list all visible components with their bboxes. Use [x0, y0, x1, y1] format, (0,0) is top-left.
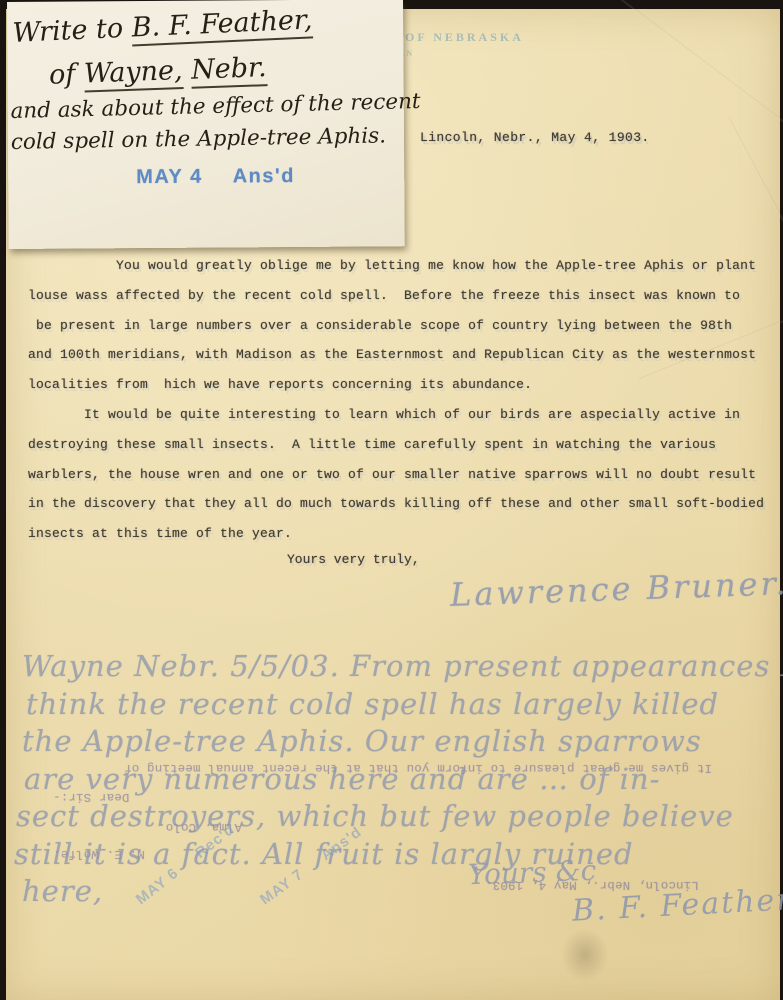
text-line: localities from hich we have reports con… [28, 370, 768, 400]
stamp-may4-status: Ans'd [233, 165, 295, 188]
text-segment: cold spell on the Apple-tree Aphis. [11, 123, 387, 155]
text-line: still it is a fact. All fruit is largly … [14, 836, 772, 874]
text-line: insects at this time of the year. [28, 519, 768, 549]
note-card: Write to B. F. Feather, of Wayne, Nebr. … [7, 0, 405, 249]
text-line: You would greatly oblige me by letting m… [28, 251, 768, 281]
paper-crease [728, 117, 783, 233]
note-line-3: and ask about the effect of the recent [10, 89, 421, 124]
text-line: think the recent cold spell has largely … [26, 686, 772, 724]
text-segment: and ask about the effect of the recent [10, 89, 421, 124]
text-line: sect destroyers, which but few people be… [16, 798, 772, 836]
underlined-text: Wayne, [83, 55, 183, 92]
handwritten-reply: Wayne Nebr. 5/5/03. From present appeara… [22, 648, 772, 911]
text-line: Wayne Nebr. 5/5/03. From present appeara… [22, 648, 772, 686]
text-line: destroying these small insects. A little… [28, 430, 768, 460]
stamp-may4-date: MAY 4 [136, 166, 203, 189]
typed-paragraph-1: You would greatly oblige me by letting m… [28, 251, 768, 400]
text-line: and 100th meridians, with Madison as the… [28, 340, 768, 370]
text-line: in the discovery that they all do much t… [28, 489, 768, 519]
typed-dateline: Lincoln, Nebr., May 4, 1903. [420, 130, 650, 145]
letterhead-fragment: OF NEBRASKA [405, 30, 524, 45]
paper-crease [614, 0, 783, 137]
reply-closing: Yours &c [467, 854, 596, 891]
text-segment: of [49, 59, 85, 91]
text-segment: Write to [12, 13, 132, 49]
typed-paragraph-2: It would be quite interesting to learn w… [28, 400, 768, 549]
text-line: the Apple-tree Aphis. Our english sparro… [22, 723, 772, 761]
underlined-text: Nebr. [191, 52, 268, 89]
archival-photo: OF NEBRASKA LN Lincoln, Nebr., May 4, 19… [0, 0, 783, 1000]
note-line-4: cold spell on the Apple-tree Aphis. [11, 123, 387, 155]
text-line: be present in large numbers over a consi… [28, 311, 768, 341]
typed-closing: Yours very truly, [287, 552, 420, 567]
text-line: warblers, the house wren and one or two … [28, 460, 768, 490]
text-line: louse wass affected by the recent cold s… [28, 281, 768, 311]
text-line: are very numerous here and are … of in- [24, 761, 772, 799]
note-line-1: Write to B. F. Feather, [12, 4, 313, 49]
note-line-2: of Wayne, Nebr. [49, 52, 268, 91]
text-line: It would be quite interesting to learn w… [28, 400, 768, 430]
underlined-text: B. F. Feather, [131, 4, 313, 46]
ink-smudge [552, 918, 618, 992]
stamp-answered-may4: MAY 4 Ans'd [136, 165, 295, 189]
